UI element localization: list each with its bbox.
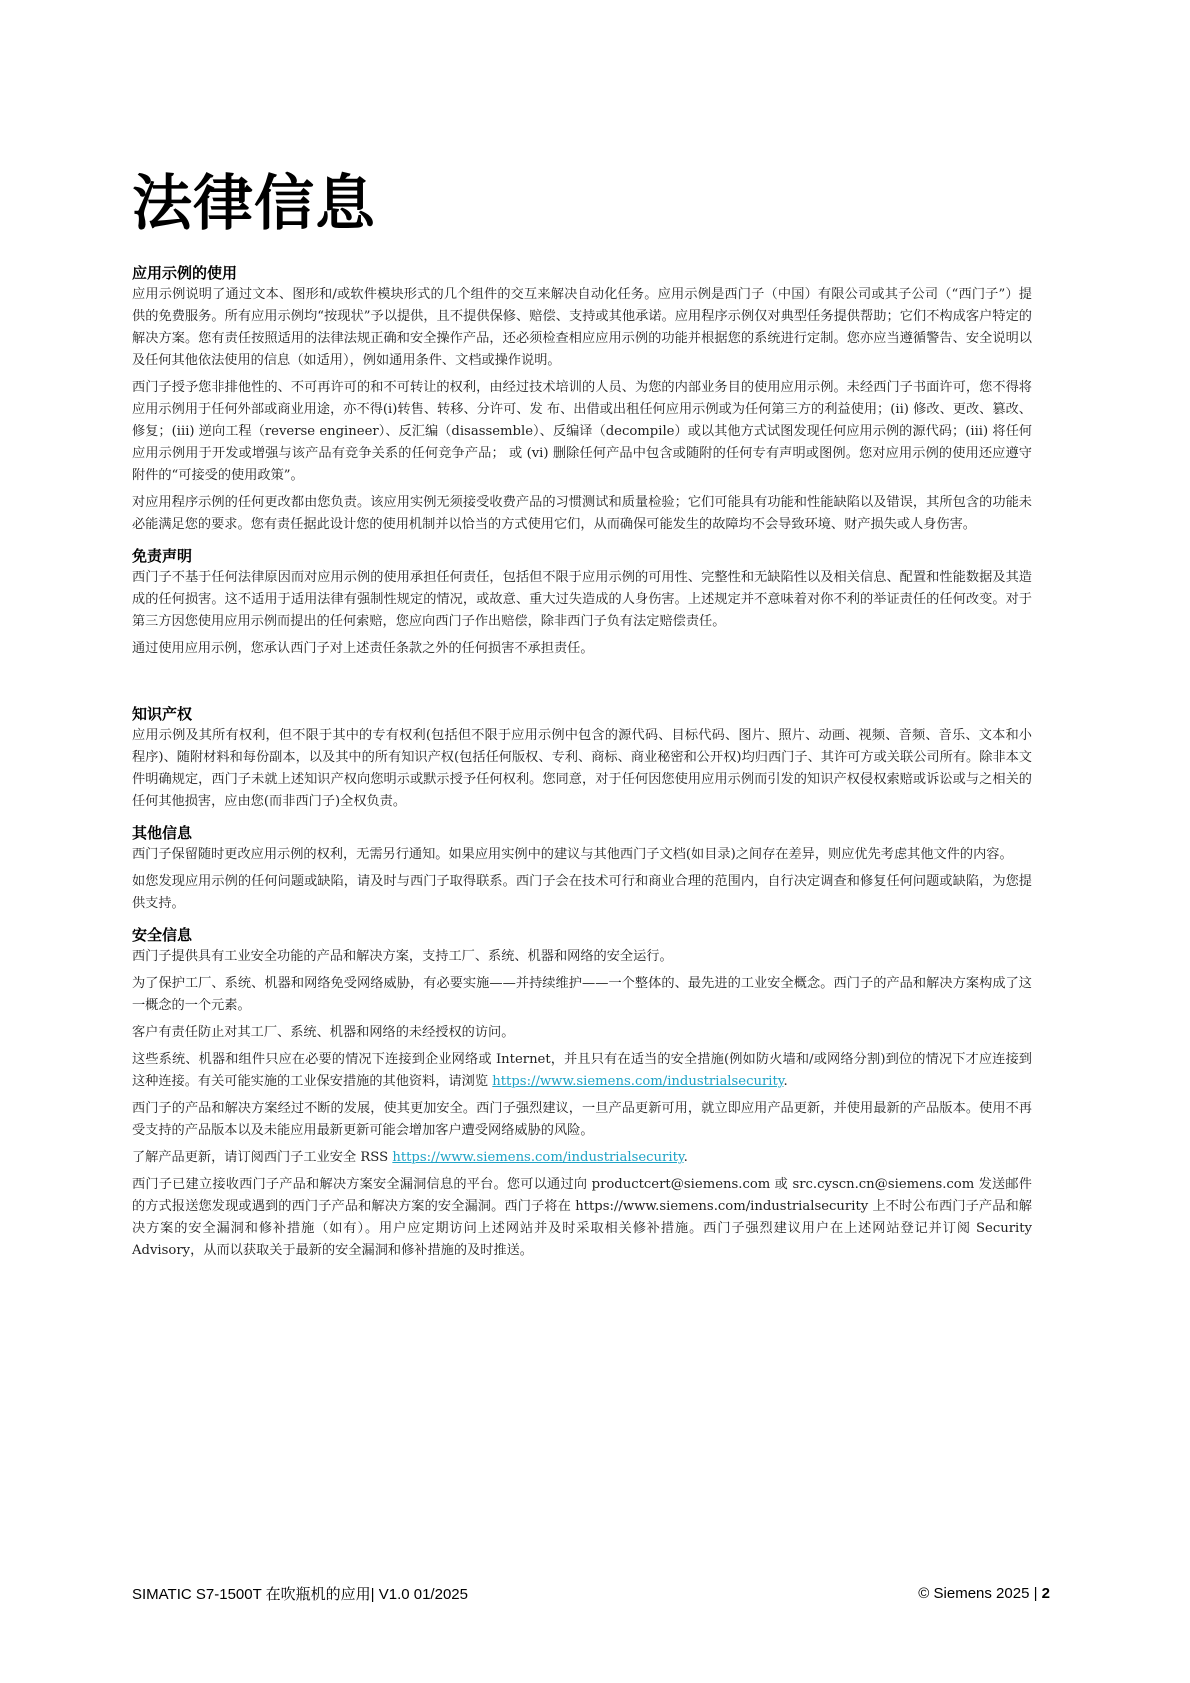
paragraph-end: . xyxy=(784,1074,788,1089)
paragraph: 西门子保留随时更改应用示例的权利，无需另行通知。如果应用实例中的建议与其他西门子… xyxy=(132,844,1032,866)
document-body: 应用示例的使用 应用示例说明了通过文本、图形和/或软件模块形式的几个组件的交互来… xyxy=(132,262,1032,1267)
paragraph: 客户有责任防止对其工厂、系统、机器和网络的未经授权的访问。 xyxy=(132,1022,1032,1044)
footer-doc-title: SIMATIC S7-1500T 在吹瓶机的应用| V1.0 01/2025 xyxy=(132,1583,468,1604)
page-footer: SIMATIC S7-1500T 在吹瓶机的应用| V1.0 01/2025 ©… xyxy=(132,1583,1050,1603)
paragraph-text: 了解产品更新，请订阅西门子工业安全 RSS xyxy=(132,1150,392,1165)
paragraph: 西门子提供具有工业安全功能的产品和解决方案，支持工厂、系统、机器和网络的安全运行… xyxy=(132,946,1032,968)
paragraph: 西门子的产品和解决方案经过不断的发展，使其更加安全。西门子强烈建议，一旦产品更新… xyxy=(132,1098,1032,1142)
paragraph: 西门子授予您非排他性的、不可再许可的和不可转让的权利，由经过技术培训的人员、为您… xyxy=(132,377,1032,487)
paragraph: 西门子不基于任何法律原因而对应用示例的使用承担任何责任，包括但不限于应用示例的可… xyxy=(132,567,1032,633)
section-disclaimer: 免责声明 西门子不基于任何法律原因而对应用示例的使用承担任何责任，包括但不限于应… xyxy=(132,545,1032,660)
section-security-info: 安全信息 西门子提供具有工业安全功能的产品和解决方案，支持工厂、系统、机器和网络… xyxy=(132,924,1032,1262)
industrial-security-link[interactable]: https://www.siemens.com/industrialsecuri… xyxy=(492,1074,783,1089)
rss-link[interactable]: https://www.siemens.com/industrialsecuri… xyxy=(392,1150,683,1165)
section-intellectual-property: 知识产权 应用示例及其所有权利，但不限于其中的专有权利(包括但不限于应用示例中包… xyxy=(132,703,1032,813)
section-heading: 安全信息 xyxy=(132,924,1032,946)
paragraph: 这些系统、机器和组件只应在必要的情况下连接到企业网络或 Internet，并且只… xyxy=(132,1049,1032,1093)
footer-right: © Siemens 2025 | 2 xyxy=(918,1585,1050,1602)
paragraph: 通过使用应用示例，您承认西门子对上述责任条款之外的任何损害不承担责任。 xyxy=(132,638,1032,660)
paragraph: 应用示例及其所有权利，但不限于其中的专有权利(包括但不限于应用示例中包含的源代码… xyxy=(132,725,1032,813)
section-other-info: 其他信息 西门子保留随时更改应用示例的权利，无需另行通知。如果应用实例中的建议与… xyxy=(132,822,1032,915)
paragraph-end: . xyxy=(684,1150,688,1165)
section-heading: 知识产权 xyxy=(132,703,1032,725)
section-heading: 免责声明 xyxy=(132,545,1032,567)
section-usage: 应用示例的使用 应用示例说明了通过文本、图形和/或软件模块形式的几个组件的交互来… xyxy=(132,262,1032,536)
paragraph: 为了保护工厂、系统、机器和网络免受网络威胁，有必要实施——并持续维护——一个整体… xyxy=(132,973,1032,1017)
footer-copyright: © Siemens 2025 | xyxy=(918,1585,1041,1602)
paragraph: 了解产品更新，请订阅西门子工业安全 RSS https://www.siemen… xyxy=(132,1147,1032,1169)
paragraph: 应用示例说明了通过文本、图形和/或软件模块形式的几个组件的交互来解决自动化任务。… xyxy=(132,284,1032,372)
paragraph: 如您发现应用示例的任何问题或缺陷，请及时与西门子取得联系。西门子会在技术可行和商… xyxy=(132,871,1032,915)
paragraph: 对应用程序示例的任何更改都由您负责。该应用实例无须接受收费产品的习惯测试和质量检… xyxy=(132,492,1032,536)
section-heading: 应用示例的使用 xyxy=(132,262,1032,284)
page-title: 法律信息 xyxy=(132,168,376,240)
page-number: 2 xyxy=(1042,1585,1050,1602)
section-heading: 其他信息 xyxy=(132,822,1032,844)
paragraph: 西门子已建立接收西门子产品和解决方案安全漏洞信息的平台。您可以通过向 produ… xyxy=(132,1174,1032,1262)
